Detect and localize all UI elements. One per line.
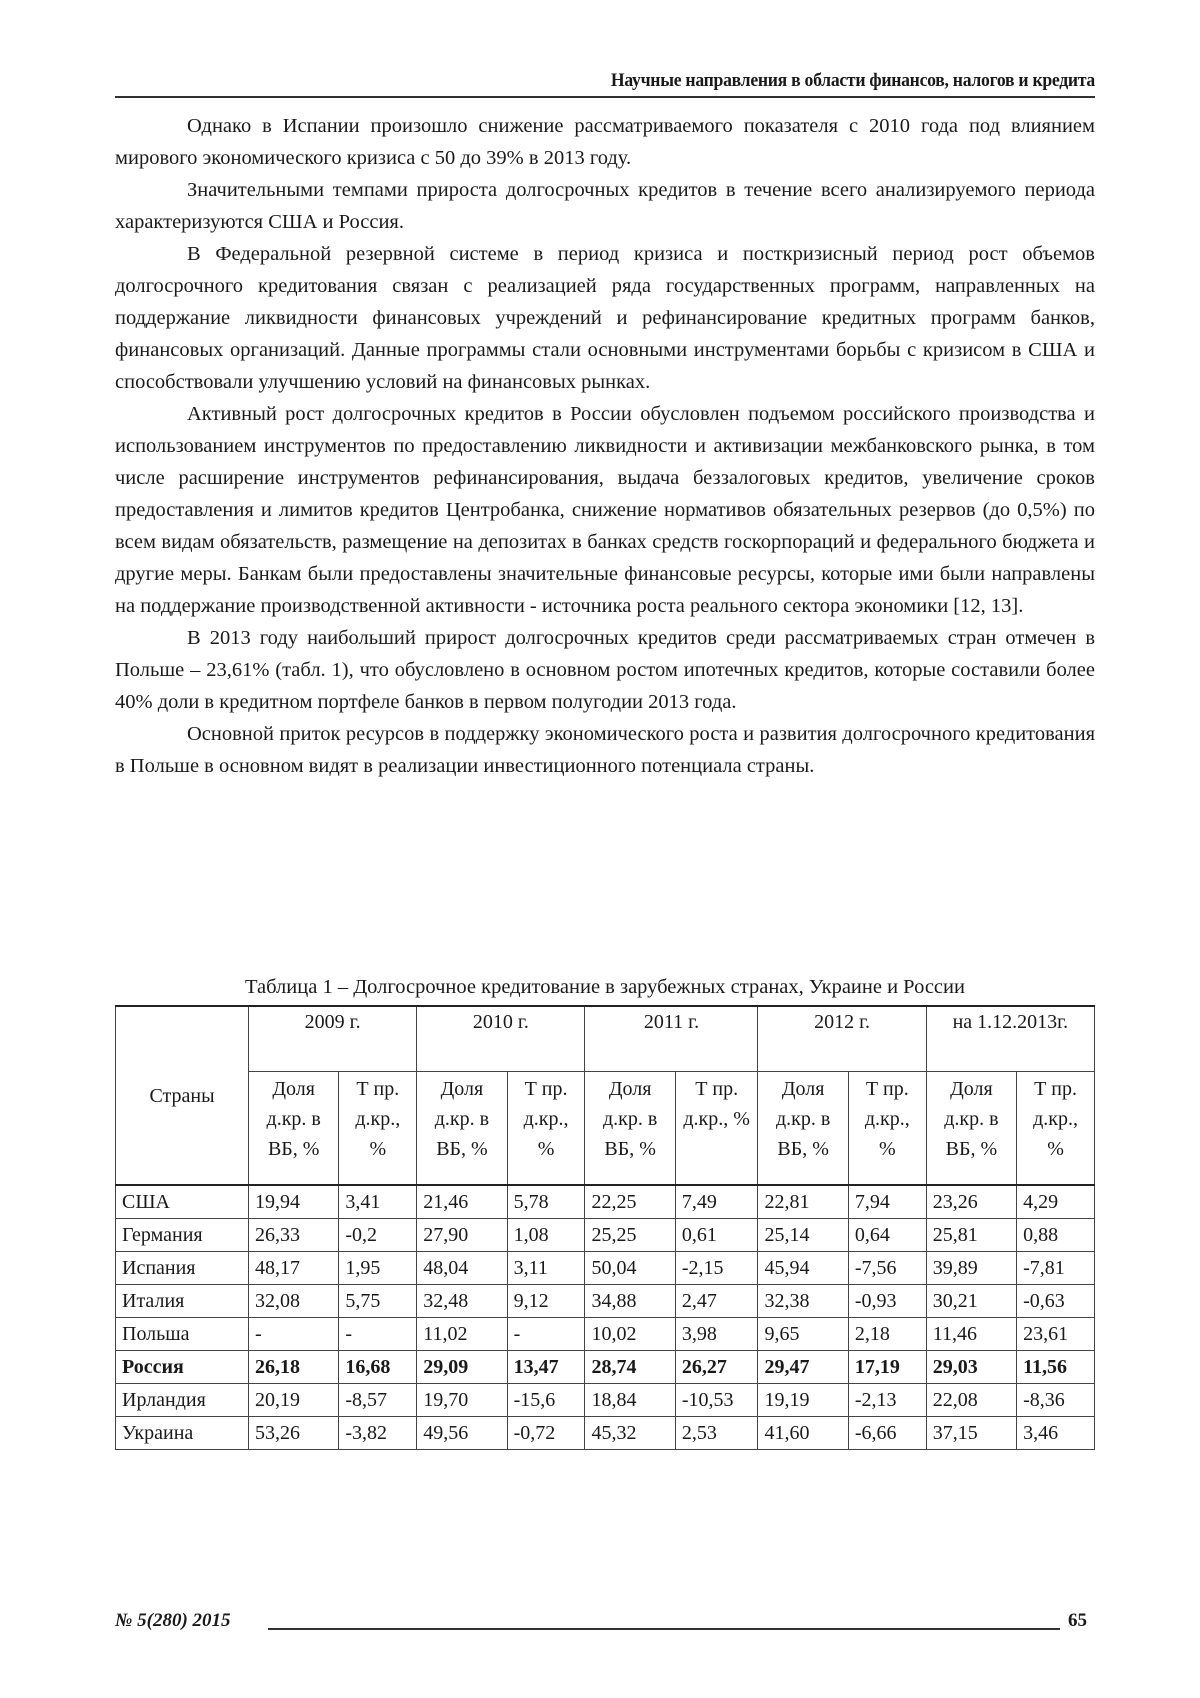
value-cell: 27,90 (417, 1219, 507, 1252)
value-cell: -7,56 (848, 1252, 926, 1285)
table-row: Италия32,085,7532,489,1234,882,4732,38-0… (116, 1285, 1095, 1318)
value-cell: 49,56 (417, 1417, 507, 1450)
sub-column-header: Доля д.кр. в ВБ, % (249, 1072, 339, 1186)
issue-number: № 5(280) 2015 (115, 1610, 231, 1632)
value-cell: -3,82 (339, 1417, 417, 1450)
value-cell: 25,81 (926, 1219, 1016, 1252)
table-row: Ирландия20,19-8,5719,70-15,618,84-10,531… (116, 1384, 1095, 1417)
country-cell: США (116, 1185, 249, 1219)
value-cell: 48,17 (249, 1252, 339, 1285)
value-cell: 7,49 (675, 1185, 758, 1219)
sub-column-header: Т пр. д.кр., % (675, 1072, 758, 1186)
value-cell: -8,36 (1017, 1384, 1095, 1417)
value-cell: 39,89 (926, 1252, 1016, 1285)
sub-column-header: Т пр. д.кр., % (339, 1072, 417, 1186)
sub-column-header: Т пр. д.кр., % (848, 1072, 926, 1186)
table-row: Польша--11,02-10,023,989,652,1811,4623,6… (116, 1318, 1095, 1351)
value-cell: 17,19 (848, 1351, 926, 1384)
value-cell: 29,09 (417, 1351, 507, 1384)
value-cell: 32,08 (249, 1285, 339, 1318)
value-cell: -10,53 (675, 1384, 758, 1417)
paragraph: Активный рост долгосрочных кредитов в Ро… (115, 398, 1095, 622)
paragraph: В 2013 году наибольший прирост долгосроч… (115, 622, 1095, 718)
value-cell: 5,75 (339, 1285, 417, 1318)
value-cell: 37,15 (926, 1417, 1016, 1450)
value-cell: 32,48 (417, 1285, 507, 1318)
value-cell: 26,18 (249, 1351, 339, 1384)
table-row: Россия26,1816,6829,0913,4728,7426,2729,4… (116, 1351, 1095, 1384)
value-cell: 30,21 (926, 1285, 1016, 1318)
value-cell: 50,04 (585, 1252, 675, 1285)
value-cell: 7,94 (848, 1185, 926, 1219)
header-rule (115, 96, 1095, 98)
sub-column-header: Доля д.кр. в ВБ, % (758, 1072, 848, 1186)
value-cell: - (249, 1318, 339, 1351)
sub-column-header: Доля д.кр. в ВБ, % (585, 1072, 675, 1186)
value-cell: 22,08 (926, 1384, 1016, 1417)
country-cell: Италия (116, 1285, 249, 1318)
country-cell: Германия (116, 1219, 249, 1252)
country-cell: Ирландия (116, 1384, 249, 1417)
paragraph: Значительными темпами прироста долгосроч… (115, 174, 1095, 238)
sub-column-header: Доля д.кр. в ВБ, % (417, 1072, 507, 1186)
value-cell: 48,04 (417, 1252, 507, 1285)
value-cell: 41,60 (758, 1417, 848, 1450)
year-header: на 1.12.2013г. (926, 1006, 1094, 1072)
value-cell: 0,61 (675, 1219, 758, 1252)
paragraph: В Федеральной резервной системе в период… (115, 238, 1095, 398)
paragraph: Основной приток ресурсов в поддержку эко… (115, 718, 1095, 782)
value-cell: -2,13 (848, 1384, 926, 1417)
value-cell: -7,81 (1017, 1252, 1095, 1285)
year-header: 2011 г. (585, 1006, 758, 1072)
value-cell: 34,88 (585, 1285, 675, 1318)
value-cell: 29,47 (758, 1351, 848, 1384)
value-cell: 13,47 (507, 1351, 585, 1384)
sub-column-header: Т пр. д.кр., % (507, 1072, 585, 1186)
footer-rule (268, 1628, 1060, 1630)
value-cell: 26,27 (675, 1351, 758, 1384)
value-cell: 3,11 (507, 1252, 585, 1285)
table-row: Украина53,26-3,8249,56-0,7245,322,5341,6… (116, 1417, 1095, 1450)
table-row: Испания48,171,9548,043,1150,04-2,1545,94… (116, 1252, 1095, 1285)
country-column-header: Страны (116, 1006, 249, 1185)
value-cell: 9,65 (758, 1318, 848, 1351)
table-caption: Таблица 1 – Долгосрочное кредитование в … (115, 976, 1095, 999)
value-cell: 2,18 (848, 1318, 926, 1351)
year-header: 2009 г. (249, 1006, 417, 1072)
value-cell: 11,56 (1017, 1351, 1095, 1384)
country-cell: Россия (116, 1351, 249, 1384)
page-number: 65 (1068, 1610, 1087, 1632)
value-cell: 3,41 (339, 1185, 417, 1219)
value-cell: 10,02 (585, 1318, 675, 1351)
value-cell: 20,19 (249, 1384, 339, 1417)
value-cell: 4,29 (1017, 1185, 1095, 1219)
value-cell: 11,02 (417, 1318, 507, 1351)
value-cell: -0,2 (339, 1219, 417, 1252)
value-cell: 22,81 (758, 1185, 848, 1219)
value-cell: 32,38 (758, 1285, 848, 1318)
value-cell: 3,46 (1017, 1417, 1095, 1450)
value-cell: 9,12 (507, 1285, 585, 1318)
value-cell: 45,32 (585, 1417, 675, 1450)
year-header: 2012 г. (758, 1006, 926, 1072)
value-cell: 1,08 (507, 1219, 585, 1252)
value-cell: 23,61 (1017, 1318, 1095, 1351)
value-cell: 25,14 (758, 1219, 848, 1252)
value-cell: 19,70 (417, 1384, 507, 1417)
value-cell: 25,25 (585, 1219, 675, 1252)
value-cell: 19,94 (249, 1185, 339, 1219)
country-cell: Украина (116, 1417, 249, 1450)
journal-page: Научные направления в области финансов, … (0, 0, 1200, 1698)
year-header: 2010 г. (417, 1006, 585, 1072)
value-cell: 0,64 (848, 1219, 926, 1252)
body-text: Однако в Испании произошло снижение расс… (115, 110, 1095, 782)
table-row: Германия26,33-0,227,901,0825,250,6125,14… (116, 1219, 1095, 1252)
value-cell: 45,94 (758, 1252, 848, 1285)
value-cell: 16,68 (339, 1351, 417, 1384)
value-cell: -0,72 (507, 1417, 585, 1450)
value-cell: 18,84 (585, 1384, 675, 1417)
sub-column-header: Т пр. д.кр., % (1017, 1072, 1095, 1186)
value-cell: 2,53 (675, 1417, 758, 1450)
value-cell: -8,57 (339, 1384, 417, 1417)
value-cell: 3,98 (675, 1318, 758, 1351)
value-cell: 22,25 (585, 1185, 675, 1219)
table-row: США19,943,4121,465,7822,257,4922,817,942… (116, 1185, 1095, 1219)
paragraph: Однако в Испании произошло снижение расс… (115, 110, 1095, 174)
value-cell: -15,6 (507, 1384, 585, 1417)
value-cell: -2,15 (675, 1252, 758, 1285)
country-cell: Польша (116, 1318, 249, 1351)
value-cell: 53,26 (249, 1417, 339, 1450)
running-head: Научные направления в области финансов, … (184, 70, 1095, 92)
value-cell: 2,47 (675, 1285, 758, 1318)
value-cell: 26,33 (249, 1219, 339, 1252)
value-cell: - (507, 1318, 585, 1351)
value-cell: 29,03 (926, 1351, 1016, 1384)
value-cell: 11,46 (926, 1318, 1016, 1351)
lending-table: Страны 2009 г. 2010 г. 2011 г. 2012 г. н… (115, 1005, 1095, 1450)
country-cell: Испания (116, 1252, 249, 1285)
value-cell: 28,74 (585, 1351, 675, 1384)
value-cell: 1,95 (339, 1252, 417, 1285)
value-cell: 23,26 (926, 1185, 1016, 1219)
value-cell: - (339, 1318, 417, 1351)
value-cell: 19,19 (758, 1384, 848, 1417)
value-cell: 5,78 (507, 1185, 585, 1219)
value-cell: -0,63 (1017, 1285, 1095, 1318)
value-cell: -0,93 (848, 1285, 926, 1318)
value-cell: 0,88 (1017, 1219, 1095, 1252)
sub-column-header: Доля д.кр. в ВБ, % (926, 1072, 1016, 1186)
value-cell: 21,46 (417, 1185, 507, 1219)
value-cell: -6,66 (848, 1417, 926, 1450)
